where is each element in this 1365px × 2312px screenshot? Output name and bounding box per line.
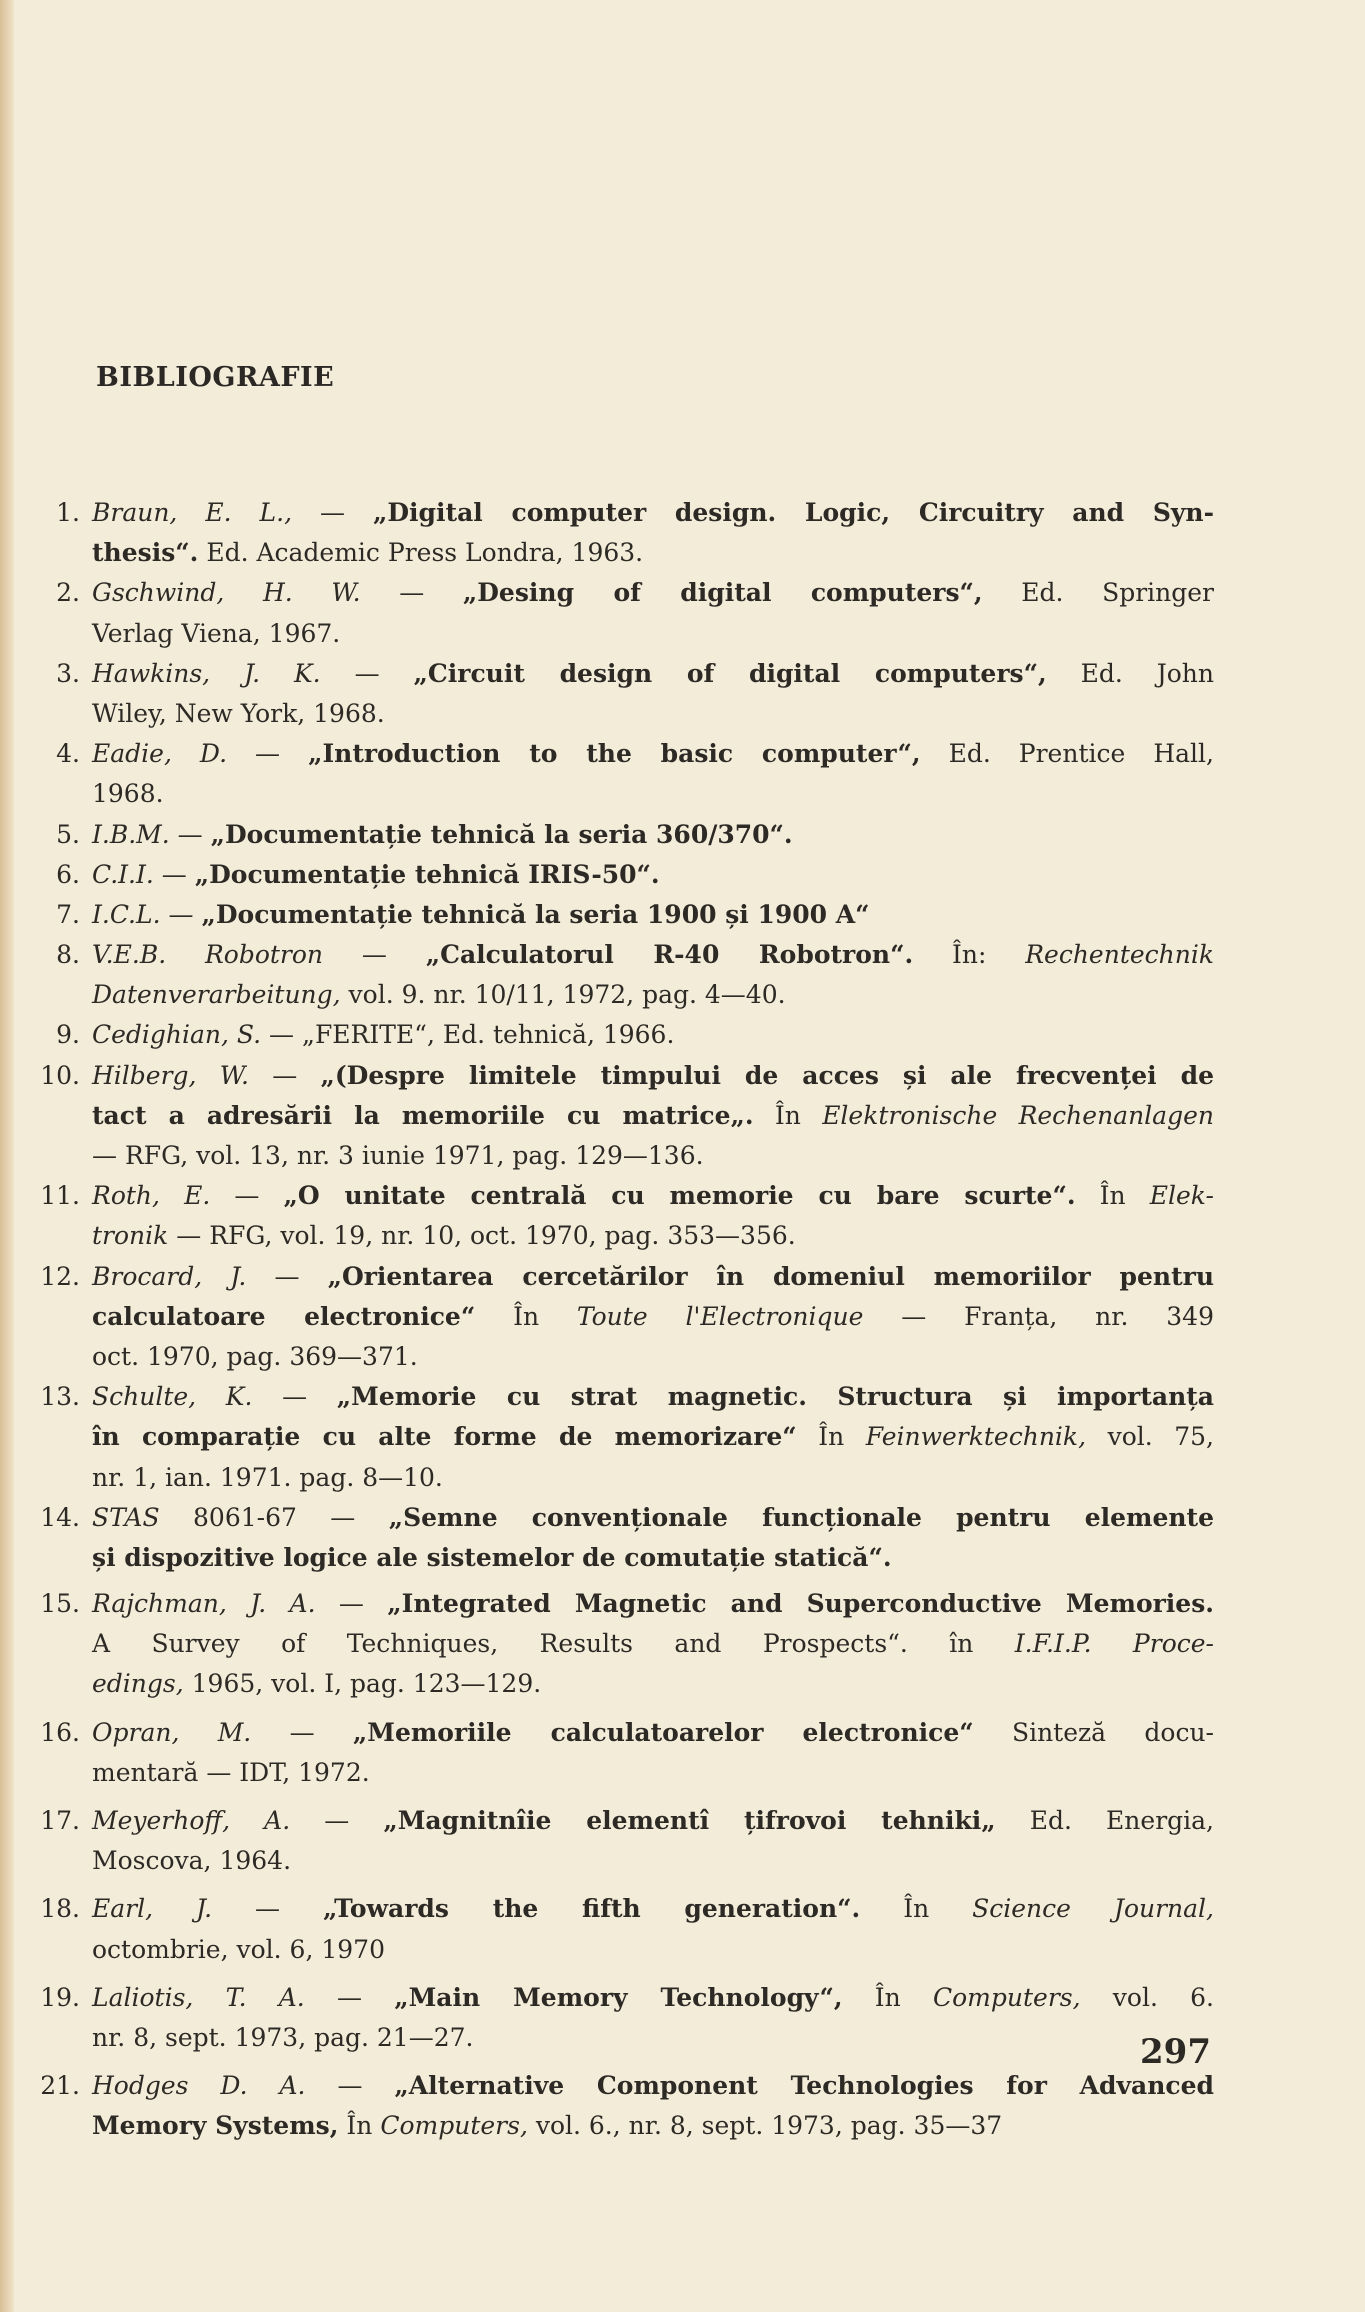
- entry-line: A Survey of Techniques, Results and Pros…: [0, 1624, 1125, 1664]
- work-title: „Alternative Component Technologies for …: [394, 2071, 1214, 2100]
- author-or-source: V.E.B. Robotron: [92, 940, 323, 969]
- work-title: „Towards the fifth generation“.: [323, 1894, 860, 1923]
- entry-text: Cedighian, S. — „FERITE“, Ed. tehnică, 1…: [92, 1015, 1214, 1055]
- entry-text: tronik — RFG, vol. 19, nr. 10, oct. 1970…: [92, 1216, 1214, 1256]
- author-or-source: Datenverarbeitung,: [92, 980, 341, 1009]
- entry-line: oct. 1970, pag. 369—371.: [0, 1337, 1125, 1377]
- bibliography-entry: 13.Schulte, K. — „Memorie cu strat magne…: [0, 1377, 1365, 1498]
- entry-line: Datenverarbeitung, vol. 9. nr. 10/11, 19…: [0, 975, 1125, 1015]
- author-or-source: Opran, M.: [92, 1718, 251, 1747]
- author-or-source: Schulte, K.: [92, 1382, 252, 1411]
- citation-detail: — „FERITE“, Ed. tehnică, 1966.: [261, 1020, 674, 1049]
- entry-number: 14.: [0, 1498, 80, 1538]
- entry-text: Eadie, D. — „Introduction to the basic c…: [92, 734, 1214, 774]
- author-or-source: Rajchman, J. A.: [92, 1589, 316, 1618]
- entry-line: 1968.: [0, 774, 1125, 814]
- work-title: „Circuit design of digital computers“,: [414, 659, 1047, 688]
- entry-line: 21.Hodges D. A. — „Alternative Component…: [0, 2066, 1125, 2106]
- author-or-source: Feinwerktechnik,: [866, 1422, 1086, 1451]
- author-or-source: Gschwind, H. W.: [92, 578, 361, 607]
- work-title: „Integrated Magnetic and Superconductive…: [387, 1589, 1214, 1618]
- citation-detail: —: [161, 900, 202, 929]
- bibliography-entry: 12.Brocard, J. — „Orientarea cercetărilo…: [0, 1257, 1365, 1378]
- citation-detail: —: [292, 498, 373, 527]
- entry-line: 12.Brocard, J. — „Orientarea cercetărilo…: [0, 1257, 1125, 1297]
- entry-line: 3.Hawkins, J. K. — „Circuit design of di…: [0, 654, 1125, 694]
- citation-detail: Ed. Prentice Hall,: [921, 739, 1214, 768]
- entry-number: 8.: [0, 935, 80, 975]
- entry-line: nr. 1, ian. 1971. pag. 8—10.: [0, 1458, 1125, 1498]
- entry-line: 19.Laliotis, T. A. — „Main Memory Techno…: [0, 1978, 1125, 2018]
- entry-text: Hawkins, J. K. — „Circuit design of digi…: [92, 654, 1214, 694]
- citation-detail: octombrie, vol. 6, 1970: [92, 1935, 385, 1964]
- bibliography-entry: 14.STAS 8061-67 — „Semne convenționale f…: [0, 1498, 1365, 1578]
- entry-text: mentară — IDT, 1972.: [92, 1753, 1214, 1793]
- entry-text: Laliotis, T. A. — „Main Memory Technolog…: [92, 1978, 1214, 2018]
- citation-detail: vol. 9. nr. 10/11, 1972, pag. 4—40.: [341, 980, 786, 1009]
- citation-detail: —: [323, 940, 426, 969]
- entry-number: 19.: [0, 1978, 80, 2018]
- citation-detail: vol. 6., nr. 8, sept. 1973, pag. 35—37: [528, 2111, 1002, 2140]
- citation-detail: Ed. Academic Press Londra, 1963.: [198, 538, 643, 567]
- entry-text: STAS 8061-67 — „Semne convenționale func…: [92, 1498, 1214, 1538]
- bibliography-entry: 17.Meyerhoff, A. — „Magnitnîie elementî …: [0, 1801, 1365, 1881]
- entry-line: în comparație cu alte forme de memorizar…: [0, 1417, 1125, 1457]
- entry-line: 5.I.B.M. — „Documentație tehnică la seri…: [0, 815, 1125, 855]
- entry-text: Moscova, 1964.: [92, 1841, 1214, 1881]
- bibliography-entry: 4.Eadie, D. — „Introduction to the basic…: [0, 734, 1365, 814]
- citation-detail: —: [321, 659, 414, 688]
- citation-detail: —: [361, 578, 463, 607]
- page-title: BIBLIOGRAFIE: [96, 362, 334, 393]
- citation-detail: nr. 1, ian. 1971. pag. 8—10.: [92, 1463, 443, 1492]
- citation-detail: — RFG, vol. 13, nr. 3 iunie 1971, pag. 1…: [92, 1141, 704, 1170]
- author-or-source: Brocard, J.: [92, 1262, 246, 1291]
- page-number: 297: [1140, 2032, 1211, 2072]
- entry-text: și dispozitive logice ale sistemelor de …: [92, 1538, 1214, 1578]
- author-or-source: Earl, J.: [92, 1894, 212, 1923]
- author-or-source: Rechentechnik: [1025, 940, 1214, 969]
- entry-text: oct. 1970, pag. 369—371.: [92, 1337, 1214, 1377]
- entry-line: mentară — IDT, 1972.: [0, 1753, 1125, 1793]
- entry-line: 16.Opran, M. — „Memoriile calculatoarelo…: [0, 1713, 1125, 1753]
- book-page: BIBLIOGRAFIE 1.Braun, E. L., — „Digital …: [0, 0, 1365, 2312]
- entry-line: Memory Systems, În Computers, vol. 6., n…: [0, 2106, 1125, 2146]
- entry-line: edings, 1965, vol. I, pag. 123—129.: [0, 1664, 1125, 1704]
- bibliography-entry: 6.C.I.I. — „Documentație tehnică IRIS-50…: [0, 855, 1365, 895]
- citation-detail: În:: [913, 940, 1025, 969]
- citation-detail: Wiley, New York, 1968.: [92, 699, 385, 728]
- entry-line: 10.Hilberg, W. — „(Despre limitele timpu…: [0, 1056, 1125, 1096]
- author-or-source: Laliotis, T. A.: [92, 1983, 305, 2012]
- bibliography-entry: 15.Rajchman, J. A. — „Integrated Magneti…: [0, 1584, 1365, 1705]
- author-or-source: tronik: [92, 1221, 168, 1250]
- work-title: calculatoare electronice“: [92, 1302, 475, 1331]
- citation-detail: —: [154, 860, 195, 889]
- entry-text: Hodges D. A. — „Alternative Component Te…: [92, 2066, 1214, 2106]
- entry-number: 9.: [0, 1015, 80, 1055]
- entry-number: 18.: [0, 1889, 80, 1929]
- entry-text: Hilberg, W. — „(Despre limitele timpului…: [92, 1056, 1214, 1096]
- entry-line: tronik — RFG, vol. 19, nr. 10, oct. 1970…: [0, 1216, 1125, 1256]
- work-title: „Calculatorul R-40 Robotron“.: [426, 940, 913, 969]
- entry-number: 5.: [0, 815, 80, 855]
- entry-line: 17.Meyerhoff, A. — „Magnitnîie elementî …: [0, 1801, 1125, 1841]
- entry-text: Meyerhoff, A. — „Magnitnîie elementî țif…: [92, 1801, 1214, 1841]
- citation-detail: — Franța, nr. 349: [863, 1302, 1214, 1331]
- work-title: „Magnitnîie elementî țifrovoi tehniki„: [383, 1806, 995, 1835]
- entry-line: tact a adresării la memoriile cu matrice…: [0, 1096, 1125, 1136]
- entry-number: 10.: [0, 1056, 80, 1096]
- entry-number: 13.: [0, 1377, 80, 1417]
- entry-text: Wiley, New York, 1968.: [92, 694, 1214, 734]
- work-title: și dispozitive logice ale sistemelor de …: [92, 1543, 892, 1572]
- entry-text: Memory Systems, În Computers, vol. 6., n…: [92, 2106, 1214, 2146]
- entry-number: 12.: [0, 1257, 80, 1297]
- author-or-source: I.C.L.: [92, 900, 161, 929]
- citation-detail: vol. 6.: [1081, 1983, 1214, 2012]
- citation-detail: mentară — IDT, 1972.: [92, 1758, 370, 1787]
- author-or-source: Eadie, D.: [92, 739, 227, 768]
- work-title: „Memorie cu strat magnetic. Structura și…: [337, 1382, 1214, 1411]
- author-or-source: Elektronische Rechenanlagen: [822, 1101, 1214, 1130]
- citation-detail: Ed. Energia,: [996, 1806, 1214, 1835]
- citation-detail: 1968.: [92, 779, 164, 808]
- citation-detail: —: [249, 1061, 320, 1090]
- citation-detail: —: [251, 1718, 353, 1747]
- entry-text: Datenverarbeitung, vol. 9. nr. 10/11, 19…: [92, 975, 1214, 1015]
- citation-detail: În: [860, 1894, 972, 1923]
- entry-text: în comparație cu alte forme de memorizar…: [92, 1417, 1214, 1457]
- entry-text: Gschwind, H. W. — „Desing of digital com…: [92, 573, 1214, 613]
- entry-line: 11.Roth, E. — „O unitate centrală cu mem…: [0, 1176, 1125, 1216]
- work-title: „Memoriile calculatoarelor electronice“: [353, 1718, 974, 1747]
- work-title: „Desing of digital computers“,: [463, 578, 983, 607]
- entry-text: Braun, E. L., — „Digital computer design…: [92, 493, 1214, 533]
- author-or-source: Roth, E.: [92, 1181, 210, 1210]
- author-or-source: Cedighian, S.: [92, 1020, 261, 1049]
- entry-text: Verlag Viena, 1967.: [92, 614, 1214, 654]
- work-title: „Documentație tehnică IRIS-50“.: [195, 860, 660, 889]
- entry-text: Brocard, J. — „Orientarea cercetărilor î…: [92, 1257, 1214, 1297]
- entry-line: thesis“. Ed. Academic Press Londra, 1963…: [0, 533, 1125, 573]
- citation-detail: Verlag Viena, 1967.: [92, 619, 340, 648]
- work-title: „Documentație tehnică la seria 1900 și 1…: [201, 900, 869, 929]
- entry-line: Wiley, New York, 1968.: [0, 694, 1125, 734]
- entry-number: 7.: [0, 895, 80, 935]
- work-title: „Semne convenționale funcționale pentru …: [389, 1503, 1214, 1532]
- citation-detail: În: [475, 1302, 577, 1331]
- author-or-source: Science Journal,: [972, 1894, 1214, 1923]
- citation-detail: —: [252, 1382, 336, 1411]
- citation-detail: Ed. Springer: [983, 578, 1214, 607]
- entry-number: 16.: [0, 1713, 80, 1753]
- work-title: thesis“.: [92, 538, 198, 567]
- author-or-source: Computers,: [933, 1983, 1081, 2012]
- entry-line: calculatoare electronice“ În Toute l'Ele…: [0, 1297, 1125, 1337]
- citation-detail: —: [305, 1983, 394, 2012]
- author-or-source: edings,: [92, 1669, 184, 1698]
- citation-detail: Sinteză docu-: [974, 1718, 1214, 1747]
- entry-text: thesis“. Ed. Academic Press Londra, 1963…: [92, 533, 1214, 573]
- entry-number: 21.: [0, 2066, 80, 2106]
- entry-line: și dispozitive logice ale sistemelor de …: [0, 1538, 1125, 1578]
- entry-text: Opran, M. — „Memoriile calculatoarelor e…: [92, 1713, 1214, 1753]
- entry-text: 1968.: [92, 774, 1214, 814]
- entry-text: tact a adresării la memoriile cu matrice…: [92, 1096, 1214, 1136]
- entry-text: nr. 1, ian. 1971. pag. 8—10.: [92, 1458, 1214, 1498]
- citation-detail: nr. 8, sept. 1973, pag. 21—27.: [92, 2023, 473, 2052]
- author-or-source: C.I.I.: [92, 860, 154, 889]
- entry-text: octombrie, vol. 6, 1970: [92, 1930, 1214, 1970]
- citation-detail: Ed. John: [1047, 659, 1214, 688]
- bibliography-entry: 10.Hilberg, W. — „(Despre limitele timpu…: [0, 1056, 1365, 1177]
- entry-number: 3.: [0, 654, 80, 694]
- citation-detail: Moscova, 1964.: [92, 1846, 291, 1875]
- entry-text: C.I.I. — „Documentație tehnică IRIS-50“.: [92, 855, 1214, 895]
- entry-line: 4.Eadie, D. — „Introduction to the basic…: [0, 734, 1125, 774]
- entry-text: Rajchman, J. A. — „Integrated Magnetic a…: [92, 1584, 1214, 1624]
- entry-line: nr. 8, sept. 1973, pag. 21—27.: [0, 2018, 1125, 2058]
- bibliography-entry: 3.Hawkins, J. K. — „Circuit design of di…: [0, 654, 1365, 734]
- entry-text: Earl, J. — „Towards the fifth generation…: [92, 1889, 1214, 1929]
- bibliography-entry: 18.Earl, J. — „Towards the fifth generat…: [0, 1889, 1365, 1969]
- work-title: Memory Systems,: [92, 2111, 338, 2140]
- entry-number: 11.: [0, 1176, 80, 1216]
- entry-line: 18.Earl, J. — „Towards the fifth generat…: [0, 1889, 1125, 1929]
- entry-text: calculatoare electronice“ În Toute l'Ele…: [92, 1297, 1214, 1337]
- entry-text: — RFG, vol. 13, nr. 3 iunie 1971, pag. 1…: [92, 1136, 1214, 1176]
- citation-detail: —: [212, 1894, 323, 1923]
- entry-number: 6.: [0, 855, 80, 895]
- citation-detail: oct. 1970, pag. 369—371.: [92, 1342, 418, 1371]
- entry-line: 8.V.E.B. Robotron — „Calculatorul R-40 R…: [0, 935, 1125, 975]
- bibliography-entry: 11.Roth, E. — „O unitate centrală cu mem…: [0, 1176, 1365, 1256]
- author-or-source: I.B.M.: [92, 820, 170, 849]
- work-title: „Main Memory Technology“,: [394, 1983, 842, 2012]
- work-title: în comparație cu alte forme de memorizar…: [92, 1422, 797, 1451]
- entry-text: I.C.L. — „Documentație tehnică la seria …: [92, 895, 1214, 935]
- author-or-source: Hodges D. A.: [92, 2071, 306, 2100]
- entry-line: — RFG, vol. 13, nr. 3 iunie 1971, pag. 1…: [0, 1136, 1125, 1176]
- bibliography-entry: 21.Hodges D. A. — „Alternative Component…: [0, 2066, 1365, 2146]
- work-title: „Orientarea cercetărilor în domeniul mem…: [328, 1262, 1214, 1291]
- entry-number: 15.: [0, 1584, 80, 1624]
- entry-number: 17.: [0, 1801, 80, 1841]
- citation-detail: A Survey of Techniques, Results and Pros…: [92, 1629, 1015, 1658]
- author-or-source: STAS: [92, 1503, 160, 1532]
- citation-detail: —: [306, 2071, 395, 2100]
- entry-text: edings, 1965, vol. I, pag. 123—129.: [92, 1664, 1214, 1704]
- citation-detail: —: [316, 1589, 388, 1618]
- citation-detail: În: [754, 1101, 823, 1130]
- citation-detail: —: [170, 820, 211, 849]
- bibliography-entry: 8.V.E.B. Robotron — „Calculatorul R-40 R…: [0, 935, 1365, 1015]
- entry-line: Moscova, 1964.: [0, 1841, 1125, 1881]
- bibliography-entry: 9.Cedighian, S. — „FERITE“, Ed. tehnică,…: [0, 1015, 1365, 1055]
- bibliography-entry: 7.I.C.L. — „Documentație tehnică la seri…: [0, 895, 1365, 935]
- entry-line: Verlag Viena, 1967.: [0, 614, 1125, 654]
- entry-line: 1.Braun, E. L., — „Digital computer desi…: [0, 493, 1125, 533]
- citation-detail: vol. 75,: [1086, 1422, 1214, 1451]
- author-or-source: Toute l'Electronique: [577, 1302, 864, 1331]
- citation-detail: În: [338, 2111, 380, 2140]
- author-or-source: Hilberg, W.: [92, 1061, 249, 1090]
- citation-detail: —: [290, 1806, 383, 1835]
- entry-line: 9.Cedighian, S. — „FERITE“, Ed. tehnică,…: [0, 1015, 1125, 1055]
- work-title: „O unitate centrală cu memorie cu bare s…: [284, 1181, 1076, 1210]
- entry-number: 2.: [0, 573, 80, 613]
- bibliography-list: 1.Braun, E. L., — „Digital computer desi…: [0, 493, 1365, 2147]
- citation-detail: — RFG, vol. 19, nr. 10, oct. 1970, pag. …: [168, 1221, 795, 1250]
- entry-line: 7.I.C.L. — „Documentație tehnică la seri…: [0, 895, 1125, 935]
- entry-line: 13.Schulte, K. — „Memorie cu strat magne…: [0, 1377, 1125, 1417]
- citation-detail: În: [797, 1422, 866, 1451]
- entry-text: Schulte, K. — „Memorie cu strat magnetic…: [92, 1377, 1214, 1417]
- bibliography-entry: 1.Braun, E. L., — „Digital computer desi…: [0, 493, 1365, 573]
- bibliography-entry: 2.Gschwind, H. W. — „Desing of digital c…: [0, 573, 1365, 653]
- author-or-source: Meyerhoff, A.: [92, 1806, 290, 1835]
- work-title: „(Despre limitele timpului de acces și a…: [320, 1061, 1214, 1090]
- author-or-source: Braun, E. L.,: [92, 498, 292, 527]
- entry-text: nr. 8, sept. 1973, pag. 21—27.: [92, 2018, 1214, 2058]
- bibliography-entry: 5.I.B.M. — „Documentație tehnică la seri…: [0, 815, 1365, 855]
- work-title: „Introduction to the basic computer“,: [308, 739, 920, 768]
- citation-detail: În: [1076, 1181, 1150, 1210]
- entry-line: octombrie, vol. 6, 1970: [0, 1930, 1125, 1970]
- author-or-source: I.F.I.P. Proce-: [1015, 1629, 1214, 1658]
- citation-detail: —: [210, 1181, 283, 1210]
- entry-text: A Survey of Techniques, Results and Pros…: [92, 1624, 1214, 1664]
- author-or-source: Hawkins, J. K.: [92, 659, 321, 688]
- entry-line: 14.STAS 8061-67 — „Semne convenționale f…: [0, 1498, 1125, 1538]
- entry-line: 6.C.I.I. — „Documentație tehnică IRIS-50…: [0, 855, 1125, 895]
- entry-number: 1.: [0, 493, 80, 533]
- work-title: „Documentație tehnică la seria 360/370“.: [211, 820, 793, 849]
- work-title: tact a adresării la memoriile cu matrice…: [92, 1101, 754, 1130]
- bibliography-entry: 16.Opran, M. — „Memoriile calculatoarelo…: [0, 1713, 1365, 1793]
- entry-number: 4.: [0, 734, 80, 774]
- entry-text: Roth, E. — „O unitate centrală cu memori…: [92, 1176, 1214, 1216]
- entry-text: V.E.B. Robotron — „Calculatorul R-40 Rob…: [92, 935, 1214, 975]
- author-or-source: Elek-: [1150, 1181, 1214, 1210]
- citation-detail: În: [843, 1983, 933, 2012]
- citation-detail: 1965, vol. I, pag. 123—129.: [184, 1669, 541, 1698]
- entry-line: 2.Gschwind, H. W. — „Desing of digital c…: [0, 573, 1125, 613]
- citation-detail: —: [246, 1262, 327, 1291]
- author-or-source: Computers,: [380, 2111, 528, 2140]
- work-title: „Digital computer design. Logic, Circuit…: [373, 498, 1214, 527]
- citation-detail: 8061-67 —: [160, 1503, 389, 1532]
- citation-detail: —: [227, 739, 308, 768]
- entry-text: I.B.M. — „Documentație tehnică la seria …: [92, 815, 1214, 855]
- entry-line: 15.Rajchman, J. A. — „Integrated Magneti…: [0, 1584, 1125, 1624]
